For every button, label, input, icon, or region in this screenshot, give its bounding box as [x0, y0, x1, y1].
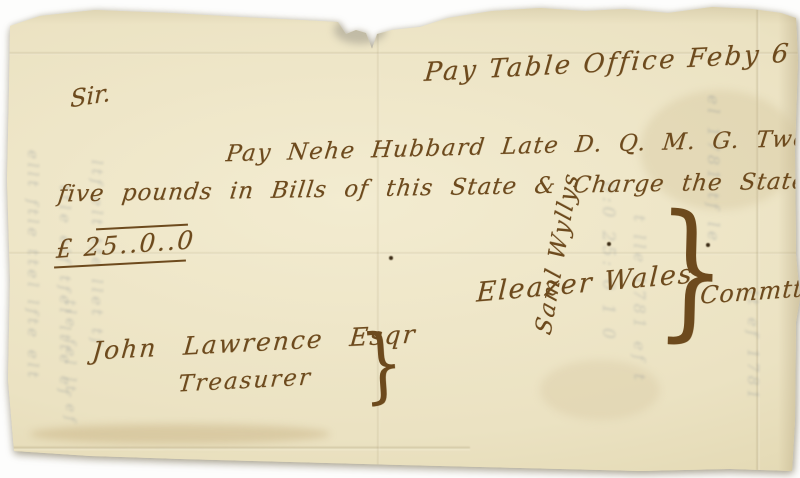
right-edge-shade — [778, 0, 800, 478]
scan-background: ellt ftle ttel lfte elt ttle elf tfel lt… — [0, 0, 800, 478]
bleedthrough-text: tle fel lt ef — [62, 300, 78, 440]
addressee-title: Treasurer — [177, 364, 313, 397]
paper-shadow-wrap: ellt ftle ttel lfte elt ttle elf tfel lt… — [0, 0, 800, 478]
esq-flourish-brace: } — [358, 322, 405, 408]
top-edge-shade — [0, 0, 800, 24]
document-paper: ellt ftle ttel lfte elt ttle elf tfel lt… — [0, 0, 800, 478]
committee-label: Commtt — [699, 274, 800, 309]
bleedthrough-text: t lle 1781 ef t — [630, 215, 649, 425]
ink-speck — [389, 256, 393, 260]
bleedthrough-text: ellt ftle ttel lfte elt — [24, 150, 42, 430]
bleedthrough-text: lt ef 1781 — [744, 290, 762, 440]
salutation-text: Sir. — [70, 79, 111, 114]
amount-text: £ 25..0..0 — [55, 225, 196, 264]
committee-brace: } — [654, 194, 728, 345]
crease-line — [0, 446, 470, 451]
dateline-text: Pay Table Office Feby 6 1781 — [423, 34, 800, 88]
tear-smudge — [334, 16, 386, 44]
